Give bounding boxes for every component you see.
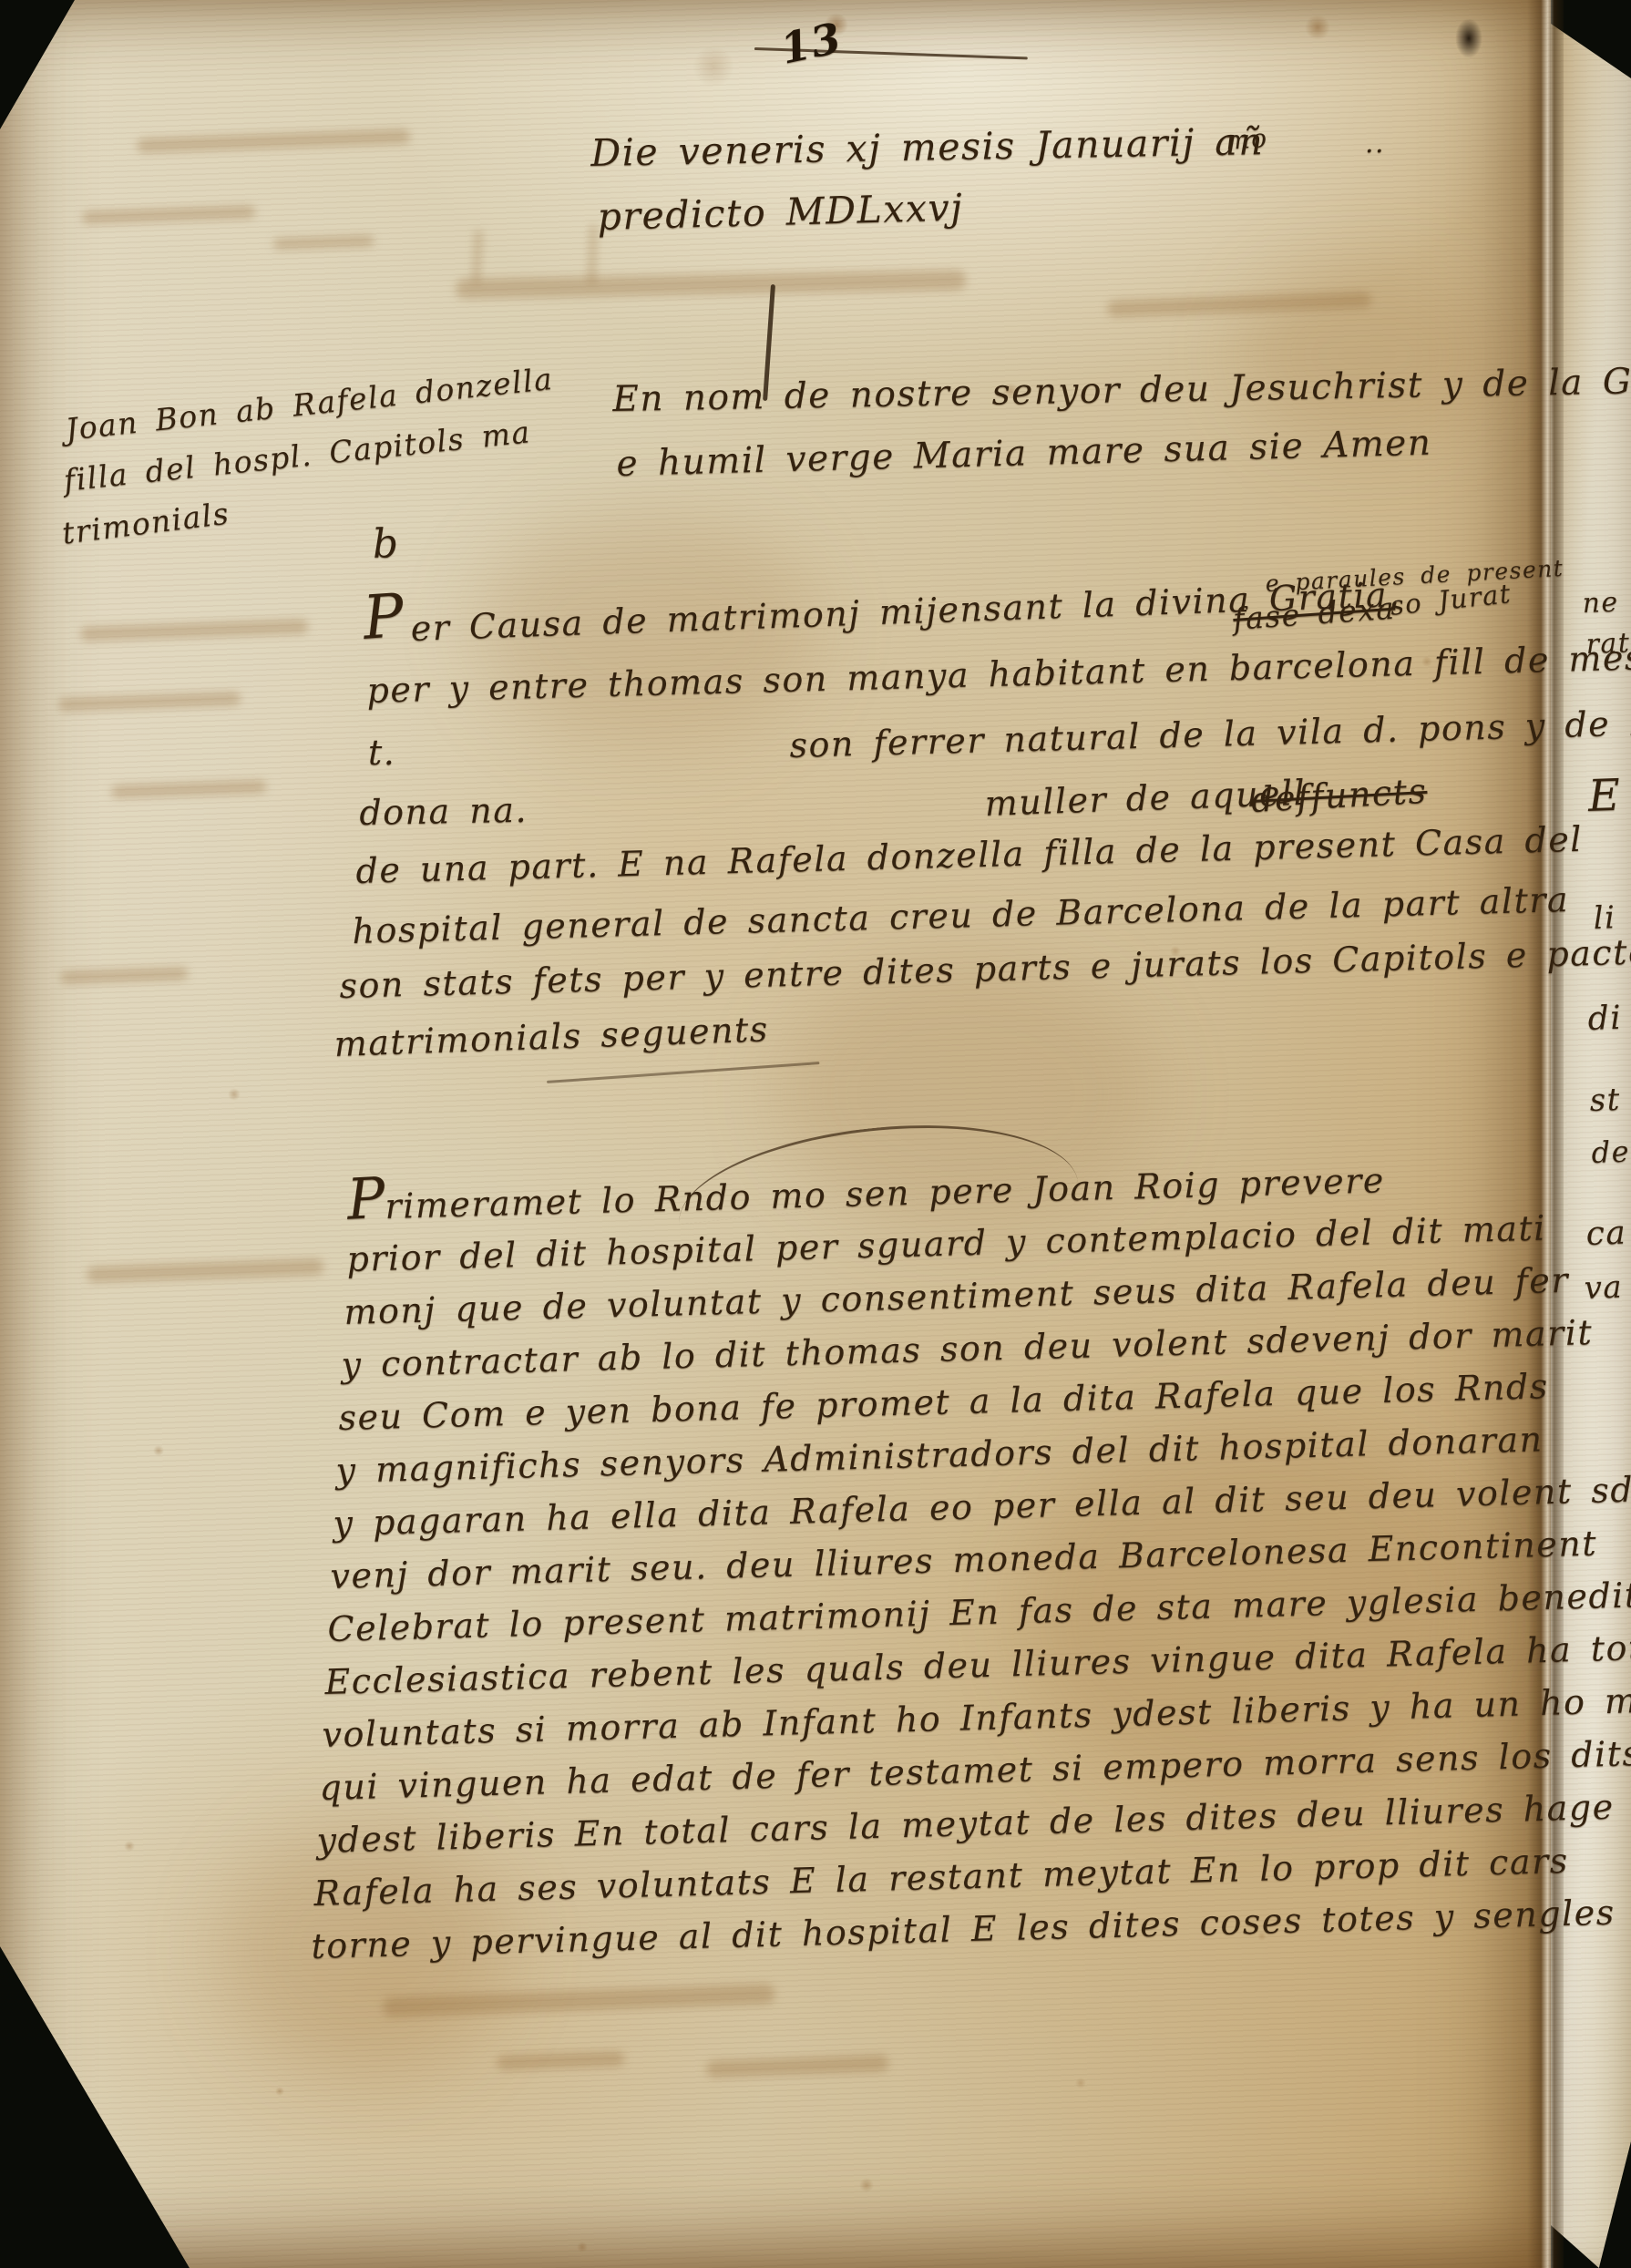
- manuscript-line: rat: [1585, 627, 1631, 661]
- manuscript-photograph: 13Die veneris xj mesis Januarij añmo..pr…: [0, 0, 1631, 2268]
- manuscript-line: di: [1587, 1000, 1623, 1038]
- manuscript-line: P: [345, 1165, 388, 1233]
- manuscript-line: t.: [368, 733, 395, 773]
- manuscript-line: dona na.: [359, 790, 528, 833]
- manuscript-line: b: [372, 520, 400, 568]
- manuscript-line: st: [1589, 1082, 1622, 1119]
- manuscript-line: E: [1587, 770, 1622, 822]
- manuscript-line: ca: [1585, 1214, 1627, 1253]
- manuscript-line: ..: [1365, 128, 1385, 159]
- manuscript-line: mo: [1225, 123, 1269, 156]
- manuscript-line: va: [1584, 1269, 1624, 1307]
- manuscript-line: P: [361, 580, 407, 653]
- manuscript-line: ne ſa: [1582, 585, 1631, 620]
- manuscript-line: li: [1593, 899, 1616, 937]
- manuscript-line: de: [1591, 1134, 1631, 1170]
